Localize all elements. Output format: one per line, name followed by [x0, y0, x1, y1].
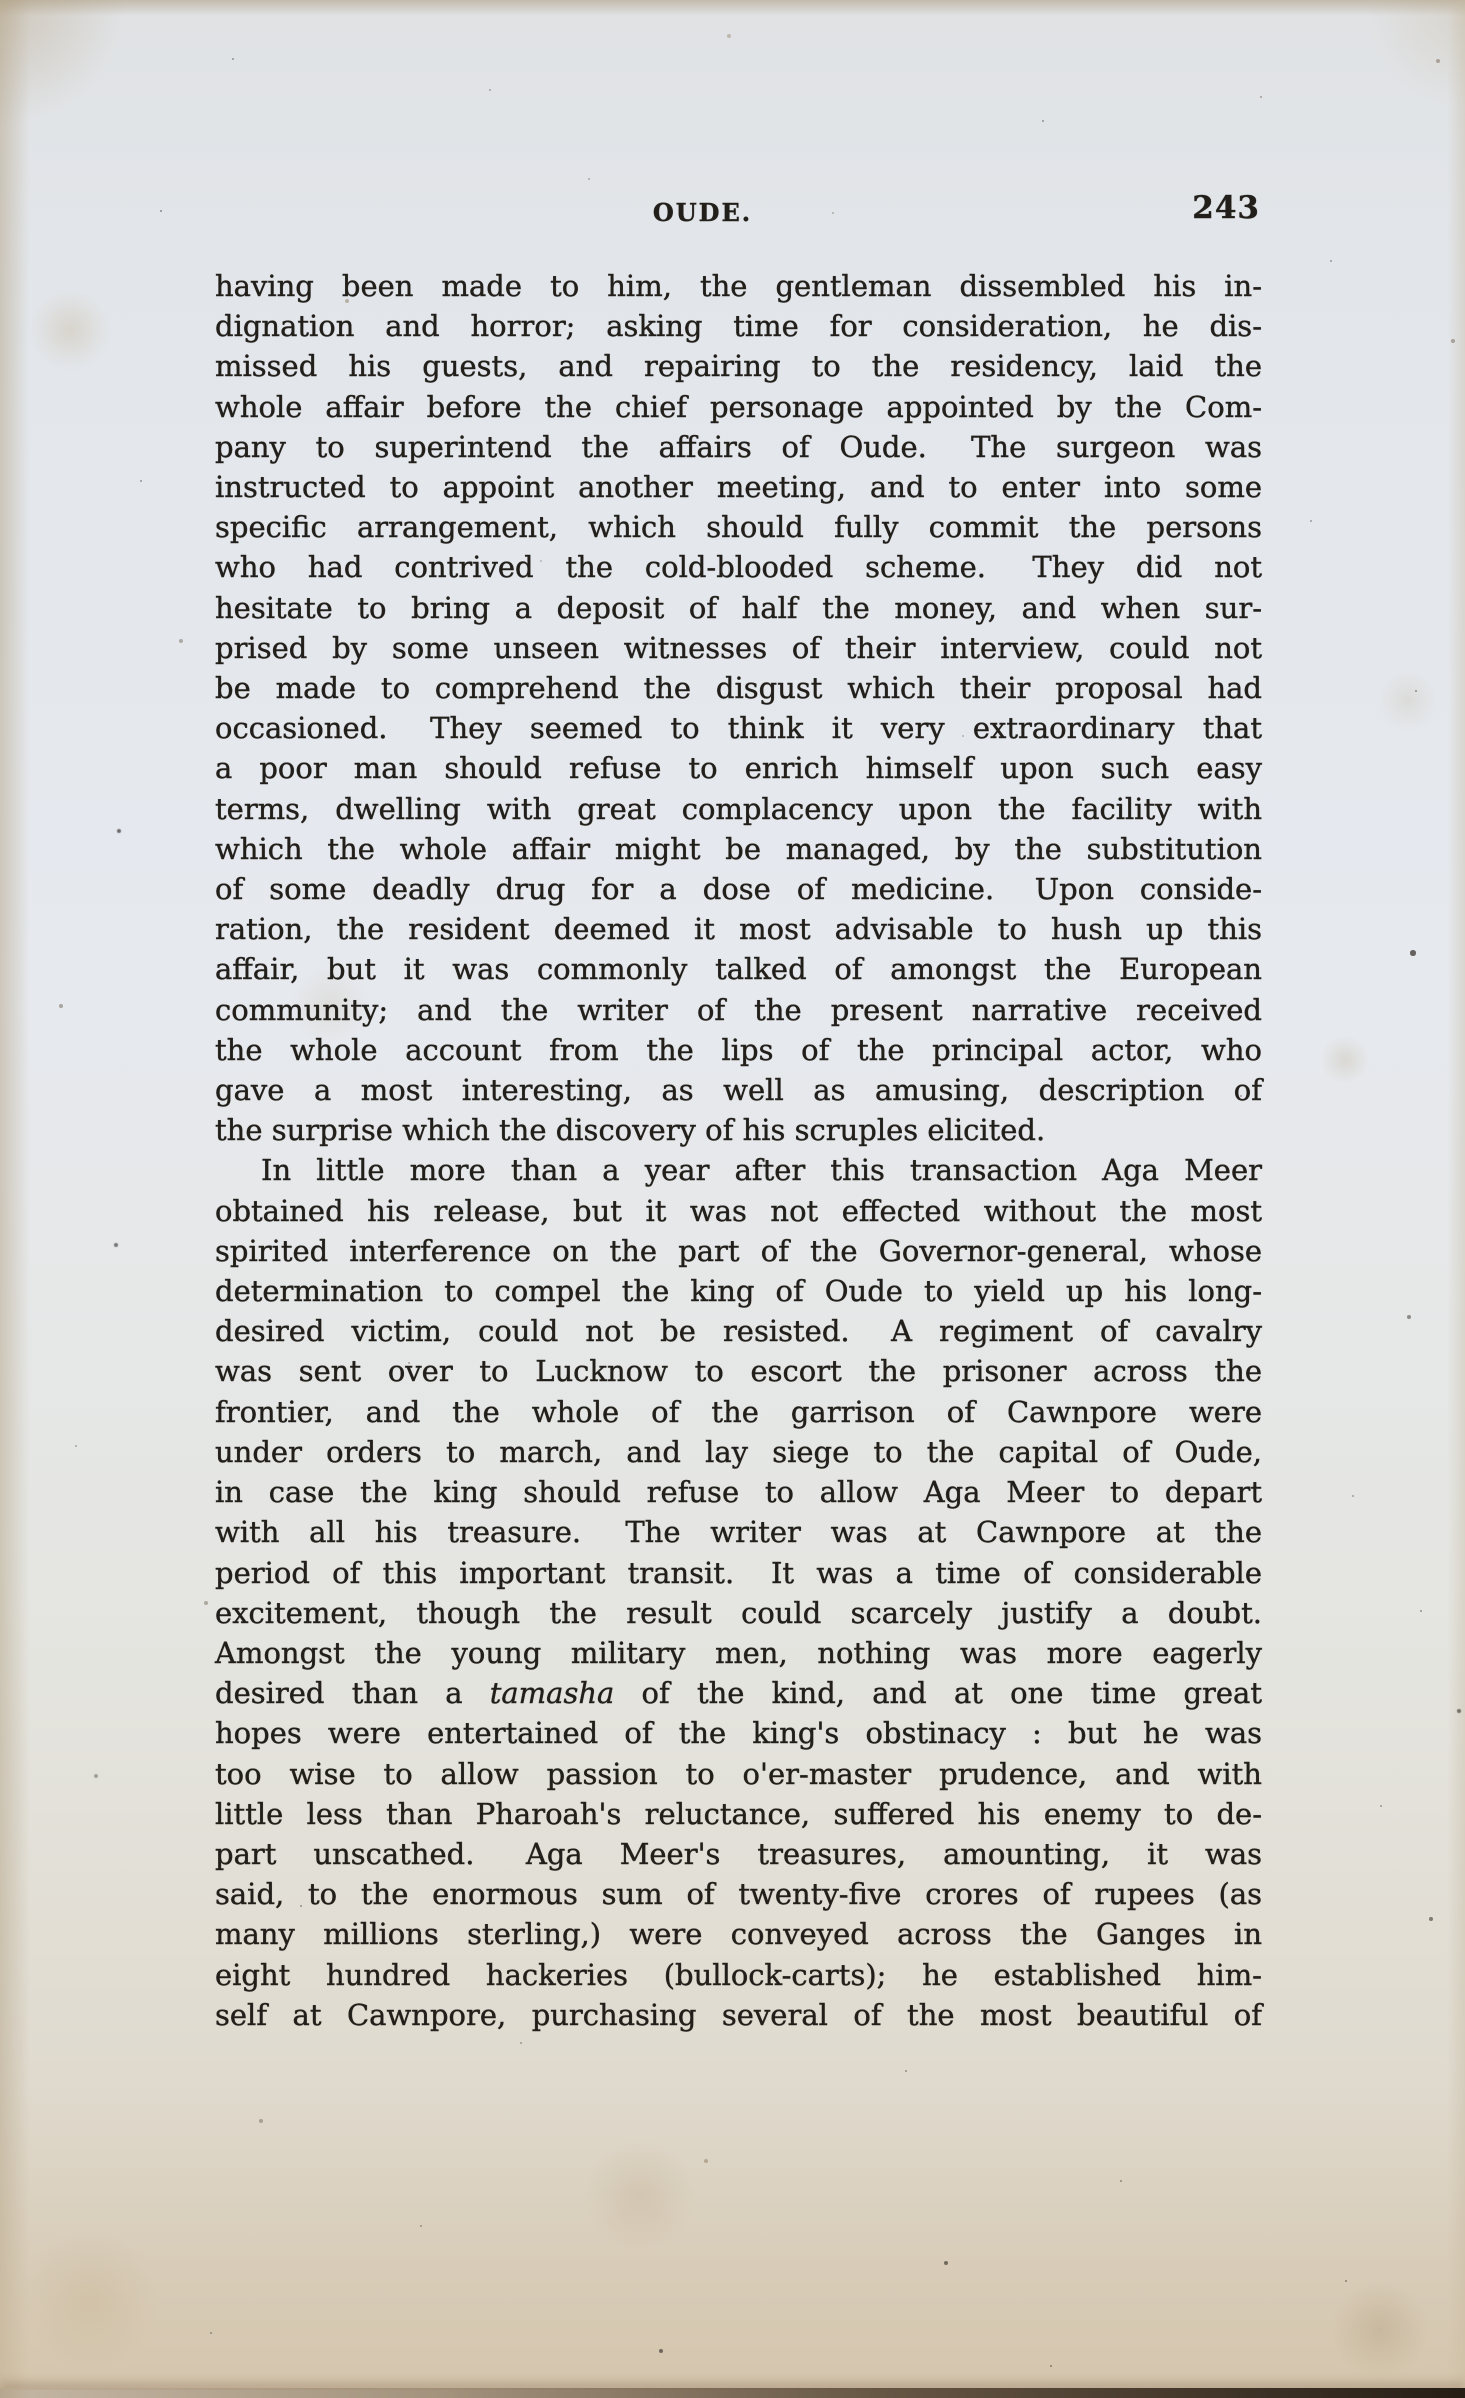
text-line: desired victim, could not be resisted. A… — [215, 1311, 1262, 1351]
page-edge-right — [1447, 0, 1465, 2398]
text-line: who had contrived the cold-blooded schem… — [215, 547, 1262, 587]
text-line: a poor man should refuse to enrich himse… — [215, 748, 1262, 788]
text-line: dignation and horror; asking time for co… — [215, 306, 1262, 346]
text-line: having been made to him, the gentleman d… — [215, 266, 1262, 306]
text-line: terms, dwelling with great complacency u… — [215, 789, 1262, 829]
text-line: spirited interference on the part of the… — [215, 1231, 1262, 1271]
text-line: many millions sterling,) were conveyed a… — [215, 1914, 1262, 1954]
text-line: Amongst the young military men, nothing … — [215, 1633, 1262, 1673]
text-line: part unscathed. Aga Meer's treasures, am… — [215, 1834, 1262, 1874]
text-line: community; and the writer of the present… — [215, 990, 1262, 1030]
page-edge-left — [0, 0, 30, 2398]
text-line: hopes were entertained of the king's obs… — [215, 1713, 1262, 1753]
text-line: ration, the resident deemed it most advi… — [215, 909, 1262, 949]
text-line: missed his guests, and repairing to the … — [215, 346, 1262, 386]
text-line: was sent over to Lucknow to escort the p… — [215, 1351, 1262, 1391]
text-line: In little more than a year after this tr… — [215, 1150, 1262, 1190]
text-line: with all his treasure. The writer was at… — [215, 1512, 1262, 1552]
running-header: OUDE. 243 — [215, 190, 1262, 234]
text-line: the whole account from the lips of the p… — [215, 1030, 1262, 1070]
text-line: self at Cawnpore, purchasing several of … — [215, 1995, 1262, 2035]
book-page: OUDE. 243 having been made to him, the g… — [0, 0, 1465, 2398]
text-line: determination to compel the king of Oude… — [215, 1271, 1262, 1311]
page-number: 243 — [1192, 190, 1260, 226]
text-line: said, to the enormous sum of twenty-five… — [215, 1874, 1262, 1914]
text-line: occasioned. They seemed to think it very… — [215, 708, 1262, 748]
text-line: specific arrangement, which should fully… — [215, 507, 1262, 547]
text-line: gave a most interesting, as well as amus… — [215, 1070, 1262, 1110]
paragraph: having been made to him, the gentleman d… — [215, 266, 1262, 1150]
text-line: little less than Pharoah's reluctance, s… — [215, 1794, 1262, 1834]
paper-specks — [0, 0, 2, 2]
text-line: affair, but it was commonly talked of am… — [215, 949, 1262, 989]
text-line: prised by some unseen witnesses of their… — [215, 628, 1262, 668]
text-line: instructed to appoint another meeting, a… — [215, 467, 1262, 507]
scan-bottom-edge — [0, 2388, 1465, 2398]
paragraph: In little more than a year after this tr… — [215, 1150, 1262, 2034]
text-line: obtained his release, but it was not eff… — [215, 1191, 1262, 1231]
page-edge-top — [0, 0, 1465, 16]
text-line: the surprise which the discovery of his … — [215, 1110, 1262, 1150]
text-line: in case the king should refuse to allow … — [215, 1472, 1262, 1512]
text-line: hesitate to bring a deposit of half the … — [215, 588, 1262, 628]
text-block: having been made to him, the gentleman d… — [215, 266, 1262, 2035]
text-line: be made to comprehend the disgust which … — [215, 668, 1262, 708]
text-line: frontier, and the whole of the garrison … — [215, 1392, 1262, 1432]
text-line: eight hundred hackeries (bullock-carts);… — [215, 1955, 1262, 1995]
text-line: under orders to march, and lay siege to … — [215, 1432, 1262, 1472]
text-line: too wise to allow passion to o'er-master… — [215, 1754, 1262, 1794]
page-bottom-tint — [0, 2090, 1465, 2390]
text-line: whole affair before the chief personage … — [215, 387, 1262, 427]
text-line: which the whole affair might be managed,… — [215, 829, 1262, 869]
text-line: period of this important transit. It was… — [215, 1553, 1262, 1593]
text-line: pany to superintend the affairs of Oude.… — [215, 427, 1262, 467]
text-line: desired than a tamasha of the kind, and … — [215, 1673, 1262, 1713]
text-line: of some deadly drug for a dose of medici… — [215, 869, 1262, 909]
running-header-title: OUDE. — [215, 198, 1190, 227]
text-line: excitement, though the result could scar… — [215, 1593, 1262, 1633]
